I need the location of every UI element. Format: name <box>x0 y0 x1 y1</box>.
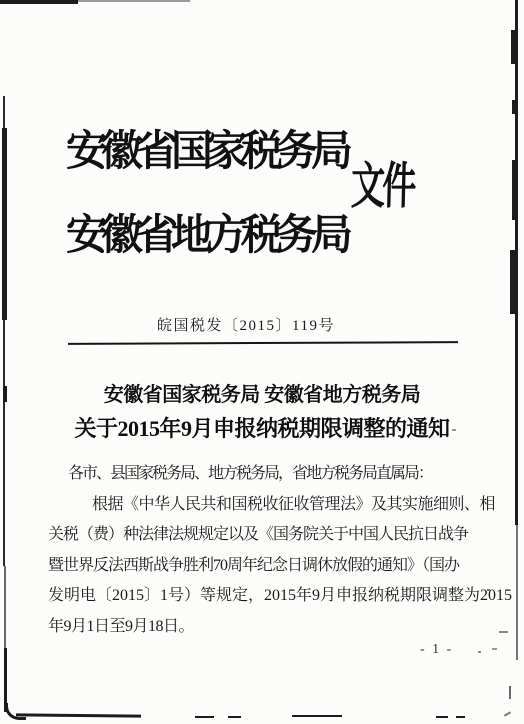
scan-edge-bottom-segment <box>228 716 241 718</box>
body-line: 关税（费）种法律法规规定以及《国务院关于中国人民抗日战争 <box>48 520 510 551</box>
scan-edge-right-line-thick <box>512 100 518 114</box>
scan-edge-left-line-thick <box>2 128 7 320</box>
letterhead-doc-type: 文件 <box>350 146 414 218</box>
scan-speckle <box>492 648 497 650</box>
body-line: 发明电〔2015〕1号）等规定，2015年9月申报纳税期限调整为2015 <box>48 581 510 612</box>
letterhead-agency-line2: 安徽省地方税务局 <box>66 202 346 262</box>
body-line-salutation: 各市、县国家税务局、地方税务局，省地方税务局直属局： <box>48 459 510 490</box>
scan-edge-bottom-segment <box>16 713 141 717</box>
scan-speckle <box>478 651 481 653</box>
scan-edge-corner-curve <box>5 703 26 720</box>
document-number: 皖国税发〔2015〕119号 <box>0 314 492 335</box>
scan-edge-right-line-thick <box>510 250 518 314</box>
scanned-document-page: 安徽省国家税务局 文件 安徽省地方税务局 皖国税发〔2015〕119号 安徽省国… <box>0 0 524 724</box>
scan-edge-top-mark-light <box>78 0 190 2</box>
scan-edge-right-line-thick <box>512 160 518 220</box>
separator-rule <box>68 341 458 345</box>
body-line: 根据《中华人民共和国税收征收管理法》及其实施细则、相 <box>48 490 510 521</box>
document-title: 安徽省国家税务局 安徽省地方税务局 关于2015年9月申报纳税期限调整的通知 <box>0 378 524 443</box>
document-title-line1: 安徽省国家税务局 安徽省地方税务局 <box>0 378 524 407</box>
body-line: 暨世界反法西斯战争胜利70周年纪念日调休放假的通知》（国办 <box>48 551 510 582</box>
scan-edge-right-line-thick <box>511 30 518 64</box>
scan-edge-right-dash <box>504 711 511 716</box>
scan-edge-bottom-segment <box>456 716 465 718</box>
scan-edge-bottom-segment <box>436 716 448 718</box>
page-number: - 1 - <box>420 642 453 658</box>
body-line: 年9月1日至9月18日。 <box>48 612 510 643</box>
scan-edge-left-line-light <box>4 566 6 648</box>
scan-edge-right-dash <box>509 686 511 699</box>
scan-edge-bottom-segment <box>195 716 214 718</box>
document-title-line2: 关于2015年9月申报纳税期限调整的通知 <box>0 412 524 443</box>
scan-edge-right-line-light <box>516 525 518 660</box>
letterhead-agency-line1: 安徽省国家税务局 <box>66 118 346 178</box>
document-body: 各市、县国家税务局、地方税务局，省地方税务局直属局： 根据《中华人民共和国税收征… <box>48 459 510 642</box>
scan-edge-bottom-segment <box>292 715 342 717</box>
scan-edge-top-mark <box>0 0 78 4</box>
